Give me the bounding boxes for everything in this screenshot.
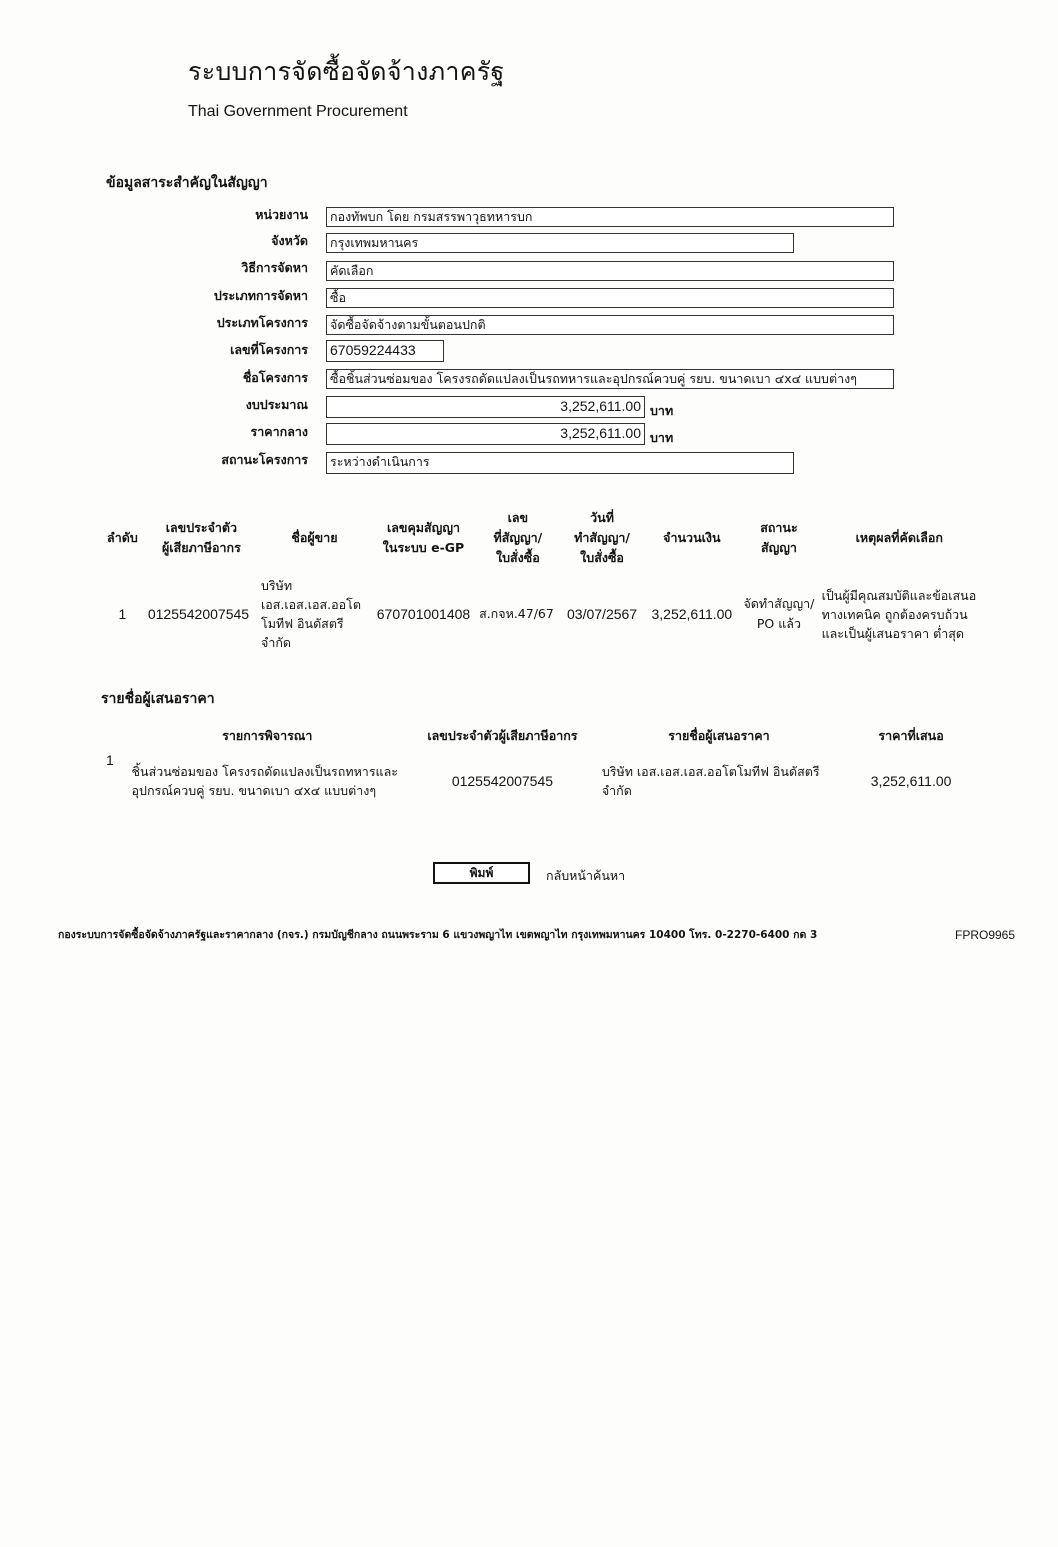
col-tax-id: เลขประจำตัว ผู้เสียภาษีอากร bbox=[145, 506, 258, 570]
footer-address: กองระบบการจัดซื้อจัดจ้างภาครัฐและราคากลา… bbox=[58, 926, 817, 943]
col-amount: จำนวนเงิน bbox=[644, 506, 739, 570]
reference-price-unit: บาท bbox=[650, 428, 673, 448]
field-procurement-method: คัดเลือก bbox=[326, 261, 894, 281]
budget-unit: บาท bbox=[650, 401, 673, 421]
label-project-number: เลขที่โครงการ bbox=[108, 340, 308, 360]
contract-info-title: ข้อมูลสาระสำคัญในสัญญา bbox=[106, 172, 268, 194]
field-project-type: จัดซื้อจัดจ้างตามขั้นตอนปกติ bbox=[326, 315, 894, 335]
system-title-th: ระบบการจัดซื้อจัดจ้างภาครัฐ bbox=[188, 52, 505, 92]
cell-tax-id: 0125542007545 bbox=[145, 570, 258, 658]
field-agency: กองทัพบก โดย กรมสรรพาวุธทหารบก bbox=[326, 207, 894, 227]
col-contract-no: เลข ที่สัญญา/ ใบสั่งซื้อ bbox=[476, 506, 560, 570]
field-province: กรุงเทพมหานคร bbox=[326, 233, 794, 253]
col-vendor: ชื่อผู้ขาย bbox=[258, 506, 371, 570]
cell-bidder-name: บริษัท เอส.เอส.เอส.ออโตโมทีฟ อินดัสตรี จ… bbox=[599, 748, 839, 814]
table-row: 1 0125542007545 บริษัท เอส.เอส.เอส.ออโตโ… bbox=[100, 570, 980, 658]
label-project-type: ประเภทโครงการ bbox=[108, 313, 308, 333]
label-budget: งบประมาณ bbox=[108, 395, 308, 415]
cell-contract-date: 03/07/2567 bbox=[560, 570, 645, 658]
bidders-table-header: รายการพิจารณา เลขประจำตัวผู้เสียภาษีอากร… bbox=[103, 724, 983, 748]
field-project-number: 67059224433 bbox=[326, 340, 444, 362]
cell-bid-item: ชิ้นส่วนซ่อมของ โครงรถดัดแปลงเป็นรถทหารแ… bbox=[129, 748, 407, 814]
cell-egp-control: 670701001408 bbox=[371, 570, 476, 658]
field-project-status: ระหว่างดำเนินการ bbox=[326, 452, 794, 474]
cell-no: 1 bbox=[100, 570, 145, 658]
contracts-table: ลำดับ เลขประจำตัว ผู้เสียภาษีอากร ชื่อผู… bbox=[100, 506, 980, 658]
form-code: FPRO9965 bbox=[955, 928, 1015, 942]
label-procurement-method: วิธีการจัดหา bbox=[108, 258, 308, 278]
contracts-table-header: ลำดับ เลขประจำตัว ผู้เสียภาษีอากร ชื่อผู… bbox=[100, 506, 980, 570]
label-procurement-type: ประเภทการจัดหา bbox=[108, 286, 308, 306]
col-no: ลำดับ bbox=[100, 506, 145, 570]
label-province: จังหวัด bbox=[108, 231, 308, 251]
col-offered-price: ราคาที่เสนอ bbox=[839, 724, 983, 748]
back-to-search-link[interactable]: กลับหน้าค้นหา bbox=[546, 866, 625, 886]
cell-bid-price: 3,252,611.00 bbox=[839, 748, 983, 814]
print-button[interactable]: พิมพ์ bbox=[433, 862, 530, 884]
col-contract-date: วันที่ ทำสัญญา/ ใบสั่งซื้อ bbox=[560, 506, 645, 570]
cell-status: จัดทำสัญญา/ PO แล้ว bbox=[739, 570, 818, 658]
table-row: 1 ชิ้นส่วนซ่อมของ โครงรถดัดแปลงเป็นรถทหา… bbox=[103, 748, 983, 814]
cell-vendor: บริษัท เอส.เอส.เอส.ออโตโมทีฟ อินดัสตรี จ… bbox=[258, 570, 371, 658]
cell-bid-tax-id: 0125542007545 bbox=[406, 748, 599, 814]
col-bidder-name: รายชื่อผู้เสนอราคา bbox=[599, 724, 839, 748]
cell-bid-no: 1 bbox=[103, 748, 129, 814]
label-project-status: สถานะโครงการ bbox=[108, 450, 308, 470]
field-project-name: ซื้อชิ้นส่วนซ่อมของ โครงรถดัดแปลงเป็นรถท… bbox=[326, 369, 894, 389]
label-reference-price: ราคากลาง bbox=[108, 422, 308, 442]
col-item: รายการพิจารณา bbox=[129, 724, 407, 748]
col-status: สถานะ สัญญา bbox=[739, 506, 818, 570]
cell-reason: เป็นผู้มีคุณสมบัติและข้อเสนอทางเทคนิค ถู… bbox=[819, 570, 980, 658]
label-agency: หน่วยงาน bbox=[108, 205, 308, 225]
field-reference-price: 3,252,611.00 bbox=[326, 423, 645, 445]
system-title-en: Thai Government Procurement bbox=[188, 103, 408, 121]
cell-amount: 3,252,611.00 bbox=[644, 570, 739, 658]
label-project-name: ชื่อโครงการ bbox=[108, 368, 308, 388]
cell-contract-no: ส.กจห.47/67 bbox=[476, 570, 560, 658]
bidders-title: รายชื่อผู้เสนอราคา bbox=[101, 688, 215, 710]
col-bidder-tax-id: เลขประจำตัวผู้เสียภาษีอากร bbox=[406, 724, 599, 748]
col-reason: เหตุผลที่คัดเลือก bbox=[819, 506, 980, 570]
field-procurement-type: ซื้อ bbox=[326, 288, 894, 308]
bidders-table: รายการพิจารณา เลขประจำตัวผู้เสียภาษีอากร… bbox=[103, 724, 983, 814]
col-egp-control: เลขคุมสัญญา ในระบบ e-GP bbox=[371, 506, 476, 570]
field-budget: 3,252,611.00 bbox=[326, 396, 645, 418]
